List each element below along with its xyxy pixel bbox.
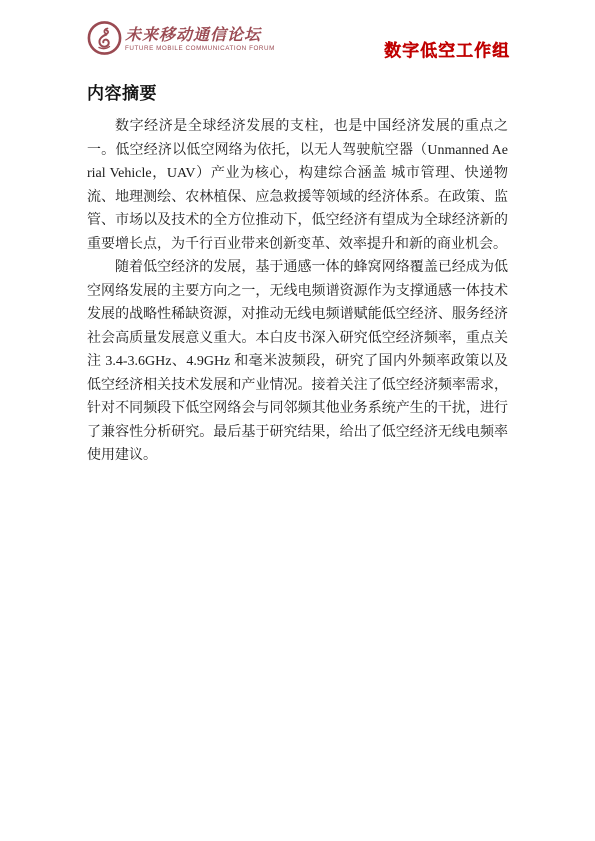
forum-logo-icon: [87, 20, 122, 56]
page-header: 未来移动通信论坛 FUTURE MOBILE COMMUNICATION FOR…: [87, 20, 510, 62]
forum-logo-title: 未来移动通信论坛: [125, 27, 275, 44]
abstract-paragraph-1: 数字经济是全球经济发展的支柱，也是中国经济发展的重点之一。低空经济以低空网络为依…: [87, 115, 508, 256]
forum-logo-subtitle: FUTURE MOBILE COMMUNICATION FORUM: [125, 45, 275, 53]
abstract-section: 内容摘要 数字经济是全球经济发展的支柱，也是中国经济发展的重点之一。低空经济以低…: [87, 84, 508, 468]
forum-logo: 未来移动通信论坛 FUTURE MOBILE COMMUNICATION FOR…: [87, 20, 275, 56]
document-page: 未来移动通信论坛 FUTURE MOBILE COMMUNICATION FOR…: [0, 0, 595, 841]
section-heading: 内容摘要: [87, 84, 508, 104]
abstract-paragraph-2: 随着低空经济的发展，基于通感一体的蜂窝网络覆盖已经成为低空网络发展的主要方向之一…: [87, 256, 508, 468]
forum-logo-text: 未来移动通信论坛 FUTURE MOBILE COMMUNICATION FOR…: [125, 20, 275, 53]
working-group-label: 数字低空工作组: [384, 42, 510, 60]
